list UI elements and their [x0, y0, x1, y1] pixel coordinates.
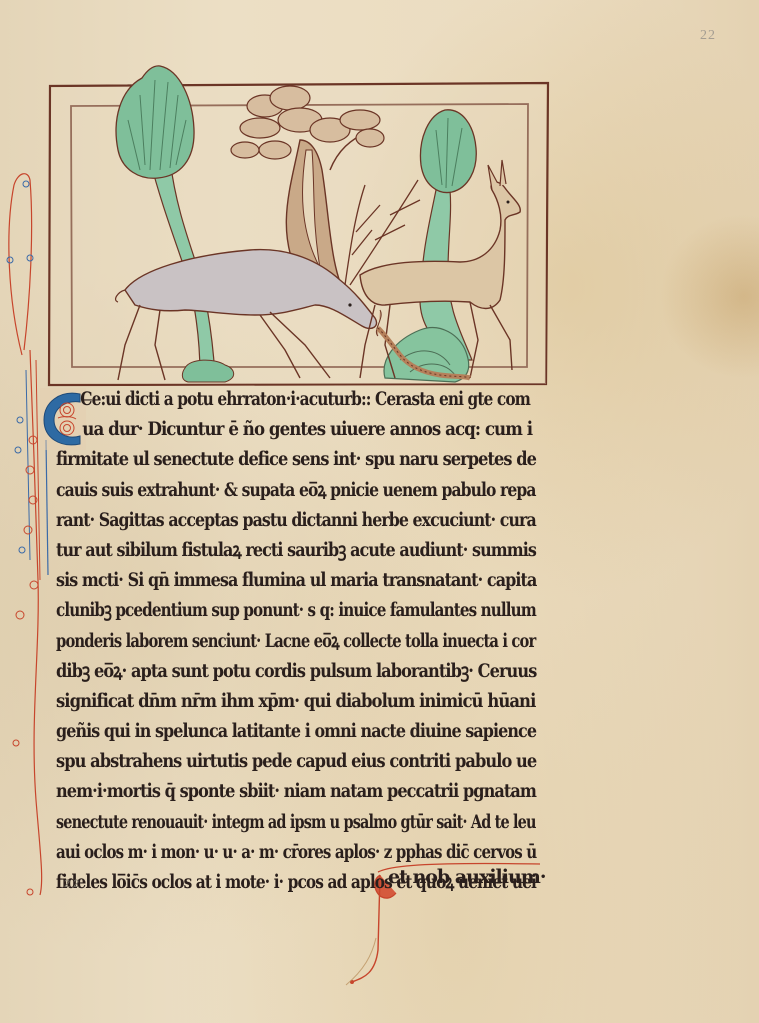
text-line-16: aui oclos m· i mon· u· u· a· m· cr̄ores … — [56, 837, 436, 867]
miniature-illustration — [0, 0, 759, 400]
text-line-17: fideles lo̅ic̄s oclos at i mote· i· pcos… — [56, 867, 444, 897]
text-line-15: senectute renouauit· integm ad ipsm u ps… — [56, 807, 420, 837]
text-line-10: dibꝫ eo̅ꝝ· apta sunt potu cordis pulsum … — [56, 656, 464, 686]
text-line-2: ua dur· Dicuntur ē ño gentes uiuere anno… — [56, 414, 477, 444]
text-line-6: tur aut sibilum fistulaꝝ recti sauribꝫ a… — [56, 535, 460, 565]
final-text-line: et nob auxilium· — [388, 866, 546, 888]
manuscript-text: C̶e:ui dicti a potu ehrraton·i·acuturb::… — [56, 384, 536, 897]
text-line-4: cauis suis extrahunt· & supata eo̅ꝝ pnic… — [56, 475, 449, 505]
text-line-14: nem·i·mortis q̄ sponte sbiit· niam natam… — [56, 776, 463, 806]
text-line-12: geñis qui in spelunca latitante i omni n… — [56, 716, 459, 746]
text-line-13: spu abstrahens uirtutis pede capud eius … — [56, 746, 466, 776]
text-line-7: sis mcti· Si qn̄ immesa flumina ul maria… — [56, 565, 460, 595]
folio-number-bottom: 22 — [64, 878, 82, 890]
text-line-3: firmitate ul senectute defice sens int· … — [56, 444, 464, 474]
text-line-8: clunibꝫ pcedentium sup ponunt· s q: inui… — [56, 595, 439, 625]
text-line-5: rant· Sagittas acceptas pastu dictanni h… — [56, 505, 454, 535]
text-line-1: C̶e:ui dicti a potu ehrraton·i·acuturb::… — [56, 384, 444, 414]
text-line-11: significat dn̄m nr̄m ihm xp̄m· qui diabo… — [56, 686, 472, 716]
text-line-9: ponderis laborem senciunt· Lacne eo̅ꝝ co… — [56, 626, 428, 656]
